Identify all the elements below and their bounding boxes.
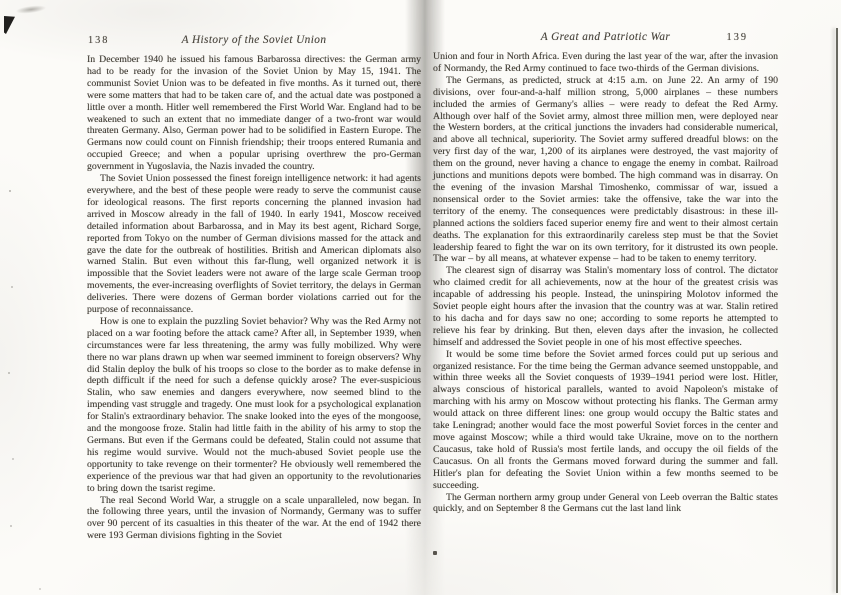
- book-scan: { "colors": { "paper": "#fcfbf8", "ink":…: [0, 0, 841, 595]
- paragraph: The German northern army group under Gen…: [433, 492, 778, 516]
- paragraph: The clearest sign of disarray was Stalin…: [433, 265, 778, 348]
- paragraph: It would be some time before the Soviet …: [433, 349, 778, 492]
- page-number: 139: [727, 31, 748, 44]
- left-page: 138 A History of the Soviet Union In Dec…: [87, 34, 421, 590]
- page-number: 138: [88, 34, 109, 47]
- paragraph: In December 1940 he issued his famous Ba…: [87, 54, 421, 173]
- paragraph: The real Second World War, a struggle on…: [87, 495, 421, 543]
- paragraph: The Germans, as predicted, struck at 4:1…: [433, 75, 778, 266]
- scan-corner-fold-artifact: [4, 16, 15, 34]
- left-page-body: In December 1940 he issued his famous Ba…: [87, 54, 421, 542]
- scan-noise-specks: [9, 190, 11, 192]
- page-edge-line: [836, 28, 838, 593]
- right-page: A Great and Patriotic War 139 Union and …: [433, 31, 778, 591]
- paragraph: How is one to explain the puzzling Sovie…: [87, 316, 421, 495]
- left-page-head: 138 A History of the Soviet Union: [87, 34, 421, 47]
- running-header: A History of the Soviet Union: [87, 34, 421, 47]
- right-page-head: A Great and Patriotic War 139: [433, 31, 778, 44]
- scan-smudge-artifact: [16, 4, 47, 15]
- paragraph: Union and four in North Africa. Even dur…: [433, 51, 778, 75]
- right-page-body: Union and four in North Africa. Even dur…: [433, 51, 778, 515]
- paragraph: The Soviet Union possessed the finest fo…: [87, 173, 421, 316]
